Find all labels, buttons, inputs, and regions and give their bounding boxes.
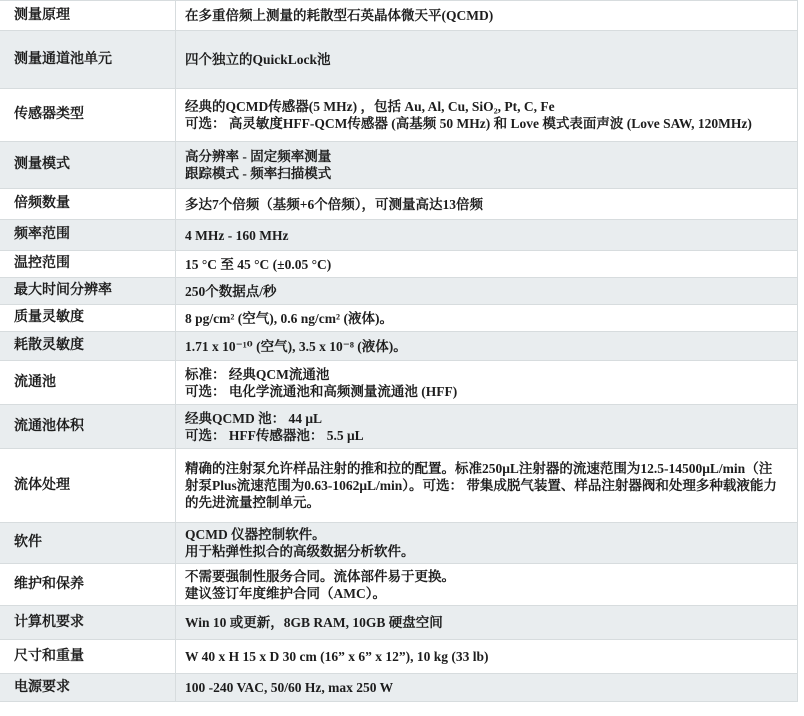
spec-row-value: Win 10 或更新，8GB RAM, 10GB 硬盘空间 (176, 606, 797, 639)
spec-row: 测量通道池单元 四个独立的QuickLock池 (0, 31, 797, 89)
spec-row: 电源要求 100 -240 VAC, 50/60 Hz, max 250 W (0, 674, 797, 702)
spec-row: 尺寸和重量 W 40 x H 15 x D 30 cm (16” x 6” x … (0, 640, 797, 674)
spec-row-value: 1.71 x 10⁻¹⁰ (空气), 3.5 x 10⁻⁸ (液体)。 (176, 332, 797, 360)
spec-value-line: 四个独立的QuickLock池 (185, 51, 785, 68)
spec-row-label: 频率范围 (0, 220, 176, 250)
spec-value-line: 高分辨率 - 固定频率测量 (185, 148, 785, 165)
spec-row: 耗散灵敏度 1.71 x 10⁻¹⁰ (空气), 3.5 x 10⁻⁸ (液体)… (0, 332, 797, 361)
spec-row-label: 电源要求 (0, 674, 176, 701)
spec-row: 流体处理 精确的注射泵允许样品注射的推和拉的配置。标准250μL注射器的流速范围… (0, 449, 797, 523)
spec-row-value: 4 MHz - 160 MHz (176, 220, 797, 250)
spec-value-line: 4 MHz - 160 MHz (185, 227, 785, 244)
spec-row-value: 多达7个倍频（基频+6个倍频），可测量高达13倍频 (176, 189, 797, 219)
spec-value-line: QCMD 仪器控制软件。 (185, 526, 785, 543)
spec-value-line: 100 -240 VAC, 50/60 Hz, max 250 W (185, 679, 785, 696)
spec-row-label: 流通池体积 (0, 405, 176, 448)
spec-value-line: 8 pg/cm² (空气), 0.6 ng/cm² (液体)。 (185, 310, 785, 327)
spec-row-label: 温控范围 (0, 251, 176, 277)
spec-value-line: 精确的注射泵允许样品注射的推和拉的配置。标准250μL注射器的流速范围为12.5… (185, 460, 785, 511)
spec-value-line: 可选： 高灵敏度HFF-QCM传感器 (高基频 50 MHz) 和 Love 模… (185, 115, 785, 132)
spec-row-value: 高分辨率 - 固定频率测量跟踪模式 - 频率扫描模式 (176, 142, 797, 188)
spec-value-line: 用于粘弹性拟合的高级数据分析软件。 (185, 543, 785, 560)
spec-row: 传感器类型 经典的QCMD传感器(5 MHz) ，包括 Au, Al, Cu, … (0, 89, 797, 142)
spec-value-line: 250个数据点/秒 (185, 283, 785, 300)
spec-row-label: 倍频数量 (0, 189, 176, 219)
spec-row-value: 经典QCMD 池： 44 μL可选： HFF传感器池： 5.5 μL (176, 405, 797, 448)
spec-value-line: Win 10 或更新，8GB RAM, 10GB 硬盘空间 (185, 614, 785, 631)
spec-row-value: W 40 x H 15 x D 30 cm (16” x 6” x 12”), … (176, 640, 797, 673)
spec-value-line: 标准： 经典QCM流通池 (185, 366, 785, 383)
spec-row-label: 最大时间分辨率 (0, 278, 176, 304)
spec-value-line: 经典的QCMD传感器(5 MHz) ，包括 Au, Al, Cu, SiO₂, … (185, 98, 785, 115)
spec-row: 测量原理 在多重倍频上测量的耗散型石英晶体微天平(QCMD) (0, 1, 797, 31)
spec-row: 最大时间分辨率 250个数据点/秒 (0, 278, 797, 305)
spec-value-line: 经典QCMD 池： 44 μL (185, 410, 785, 427)
spec-row-value: 100 -240 VAC, 50/60 Hz, max 250 W (176, 674, 797, 701)
spec-value-line: 跟踪模式 - 频率扫描模式 (185, 165, 785, 182)
spec-row-label: 流通池 (0, 361, 176, 404)
spec-row: 温控范围 15 °C 至 45 °C (±0.05 °C) (0, 251, 797, 278)
spec-row-label: 测量通道池单元 (0, 31, 176, 88)
spec-value-line: W 40 x H 15 x D 30 cm (16” x 6” x 12”), … (185, 648, 785, 665)
spec-row-value: 不需要强制性服务合同。流体部件易于更换。建议签订年度维护合同（AMC）。 (176, 564, 797, 605)
spec-row-label: 流体处理 (0, 449, 176, 522)
spec-value-line: 不需要强制性服务合同。流体部件易于更换。 (185, 568, 785, 585)
spec-row-value: QCMD 仪器控制软件。用于粘弹性拟合的高级数据分析软件。 (176, 523, 797, 563)
spec-row-label: 测量原理 (0, 1, 176, 30)
spec-row: 流通池 标准： 经典QCM流通池可选： 电化学流通池和高频测量流通池 (HFF) (0, 361, 797, 405)
spec-row-value: 四个独立的QuickLock池 (176, 31, 797, 88)
spec-value-line: 在多重倍频上测量的耗散型石英晶体微天平(QCMD) (185, 7, 785, 24)
spec-value-line: 可选： 电化学流通池和高频测量流通池 (HFF) (185, 383, 785, 400)
spec-row-label: 尺寸和重量 (0, 640, 176, 673)
spec-row: 倍频数量 多达7个倍频（基频+6个倍频），可测量高达13倍频 (0, 189, 797, 220)
spec-row: 流通池体积 经典QCMD 池： 44 μL可选： HFF传感器池： 5.5 μL (0, 405, 797, 449)
spec-row: 频率范围 4 MHz - 160 MHz (0, 220, 797, 251)
spec-value-line: 可选： HFF传感器池： 5.5 μL (185, 427, 785, 444)
spec-row: 质量灵敏度 8 pg/cm² (空气), 0.6 ng/cm² (液体)。 (0, 305, 797, 332)
spec-value-line: 多达7个倍频（基频+6个倍频），可测量高达13倍频 (185, 196, 785, 213)
spec-row-value: 8 pg/cm² (空气), 0.6 ng/cm² (液体)。 (176, 305, 797, 331)
spec-row-label: 耗散灵敏度 (0, 332, 176, 360)
spec-row-value: 250个数据点/秒 (176, 278, 797, 304)
spec-row-value: 精确的注射泵允许样品注射的推和拉的配置。标准250μL注射器的流速范围为12.5… (176, 449, 797, 522)
spec-row-value: 15 °C 至 45 °C (±0.05 °C) (176, 251, 797, 277)
spec-row: 维护和保养 不需要强制性服务合同。流体部件易于更换。建议签订年度维护合同（AMC… (0, 564, 797, 606)
spec-table: 测量原理 在多重倍频上测量的耗散型石英晶体微天平(QCMD) 测量通道池单元 四… (0, 0, 798, 702)
spec-row-value: 标准： 经典QCM流通池可选： 电化学流通池和高频测量流通池 (HFF) (176, 361, 797, 404)
spec-row-value: 在多重倍频上测量的耗散型石英晶体微天平(QCMD) (176, 1, 797, 30)
spec-value-line: 建议签订年度维护合同（AMC）。 (185, 585, 785, 602)
spec-row-label: 传感器类型 (0, 89, 176, 141)
spec-row-label: 维护和保养 (0, 564, 176, 605)
spec-row: 测量模式 高分辨率 - 固定频率测量跟踪模式 - 频率扫描模式 (0, 142, 797, 189)
spec-row-label: 质量灵敏度 (0, 305, 176, 331)
spec-row-label: 软件 (0, 523, 176, 563)
spec-row-value: 经典的QCMD传感器(5 MHz) ，包括 Au, Al, Cu, SiO₂, … (176, 89, 797, 141)
spec-row: 计算机要求 Win 10 或更新，8GB RAM, 10GB 硬盘空间 (0, 606, 797, 640)
spec-row-label: 计算机要求 (0, 606, 176, 639)
spec-value-line: 15 °C 至 45 °C (±0.05 °C) (185, 256, 785, 273)
spec-row: 软件 QCMD 仪器控制软件。用于粘弹性拟合的高级数据分析软件。 (0, 523, 797, 564)
spec-value-line: 1.71 x 10⁻¹⁰ (空气), 3.5 x 10⁻⁸ (液体)。 (185, 338, 785, 355)
spec-row-label: 测量模式 (0, 142, 176, 188)
